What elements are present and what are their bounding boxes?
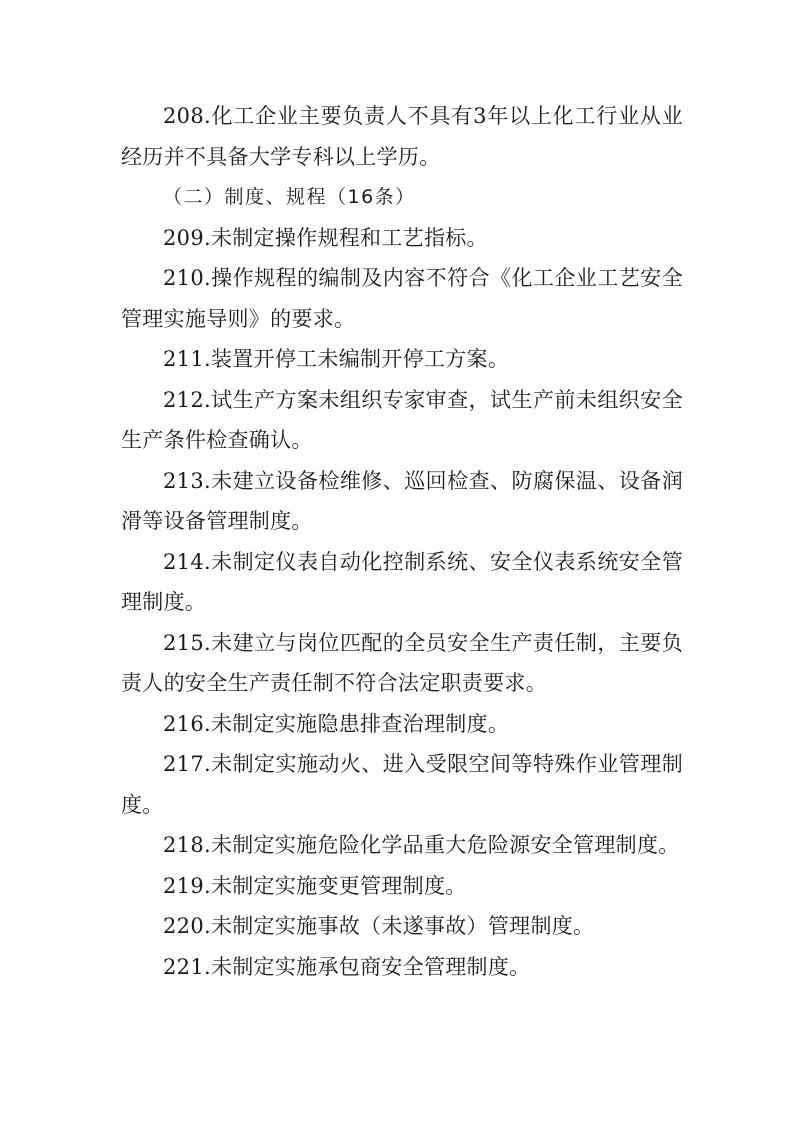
document-page: 208.化工企业主要负责人不具有3年以上化工行业从业经历并不具备大学专科以上学历…: [121, 96, 683, 987]
item-208: 208.化工企业主要负责人不具有3年以上化工行业从业经历并不具备大学专科以上学历…: [121, 96, 683, 177]
item-216: 216.未制定实施隐患排查治理制度。: [121, 704, 683, 745]
item-211: 211.装置开停工未编制开停工方案。: [121, 339, 683, 380]
item-218: 218.未制定实施危险化学品重大危险源安全管理制度。: [121, 825, 683, 866]
item-219: 219.未制定实施变更管理制度。: [121, 866, 683, 907]
item-212: 212.试生产方案未组织专家审查，试生产前未组织安全生产条件检查确认。: [121, 380, 683, 461]
item-209: 209.未制定操作规程和工艺指标。: [121, 218, 683, 259]
section-heading: （二）制度、规程（16条）: [121, 177, 683, 218]
item-210: 210.操作规程的编制及内容不符合《化工企业工艺安全管理实施导则》的要求。: [121, 258, 683, 339]
item-213: 213.未建立设备检维修、巡回检查、防腐保温、设备润滑等设备管理制度。: [121, 461, 683, 542]
item-220: 220.未制定实施事故（未遂事故）管理制度。: [121, 906, 683, 947]
item-217: 217.未制定实施动火、进入受限空间等特殊作业管理制度。: [121, 744, 683, 825]
item-215: 215.未建立与岗位匹配的全员安全生产责任制，主要负责人的安全生产责任制不符合法…: [121, 623, 683, 704]
item-214: 214.未制定仪表自动化控制系统、安全仪表系统安全管理制度。: [121, 542, 683, 623]
item-221: 221.未制定实施承包商安全管理制度。: [121, 947, 683, 988]
